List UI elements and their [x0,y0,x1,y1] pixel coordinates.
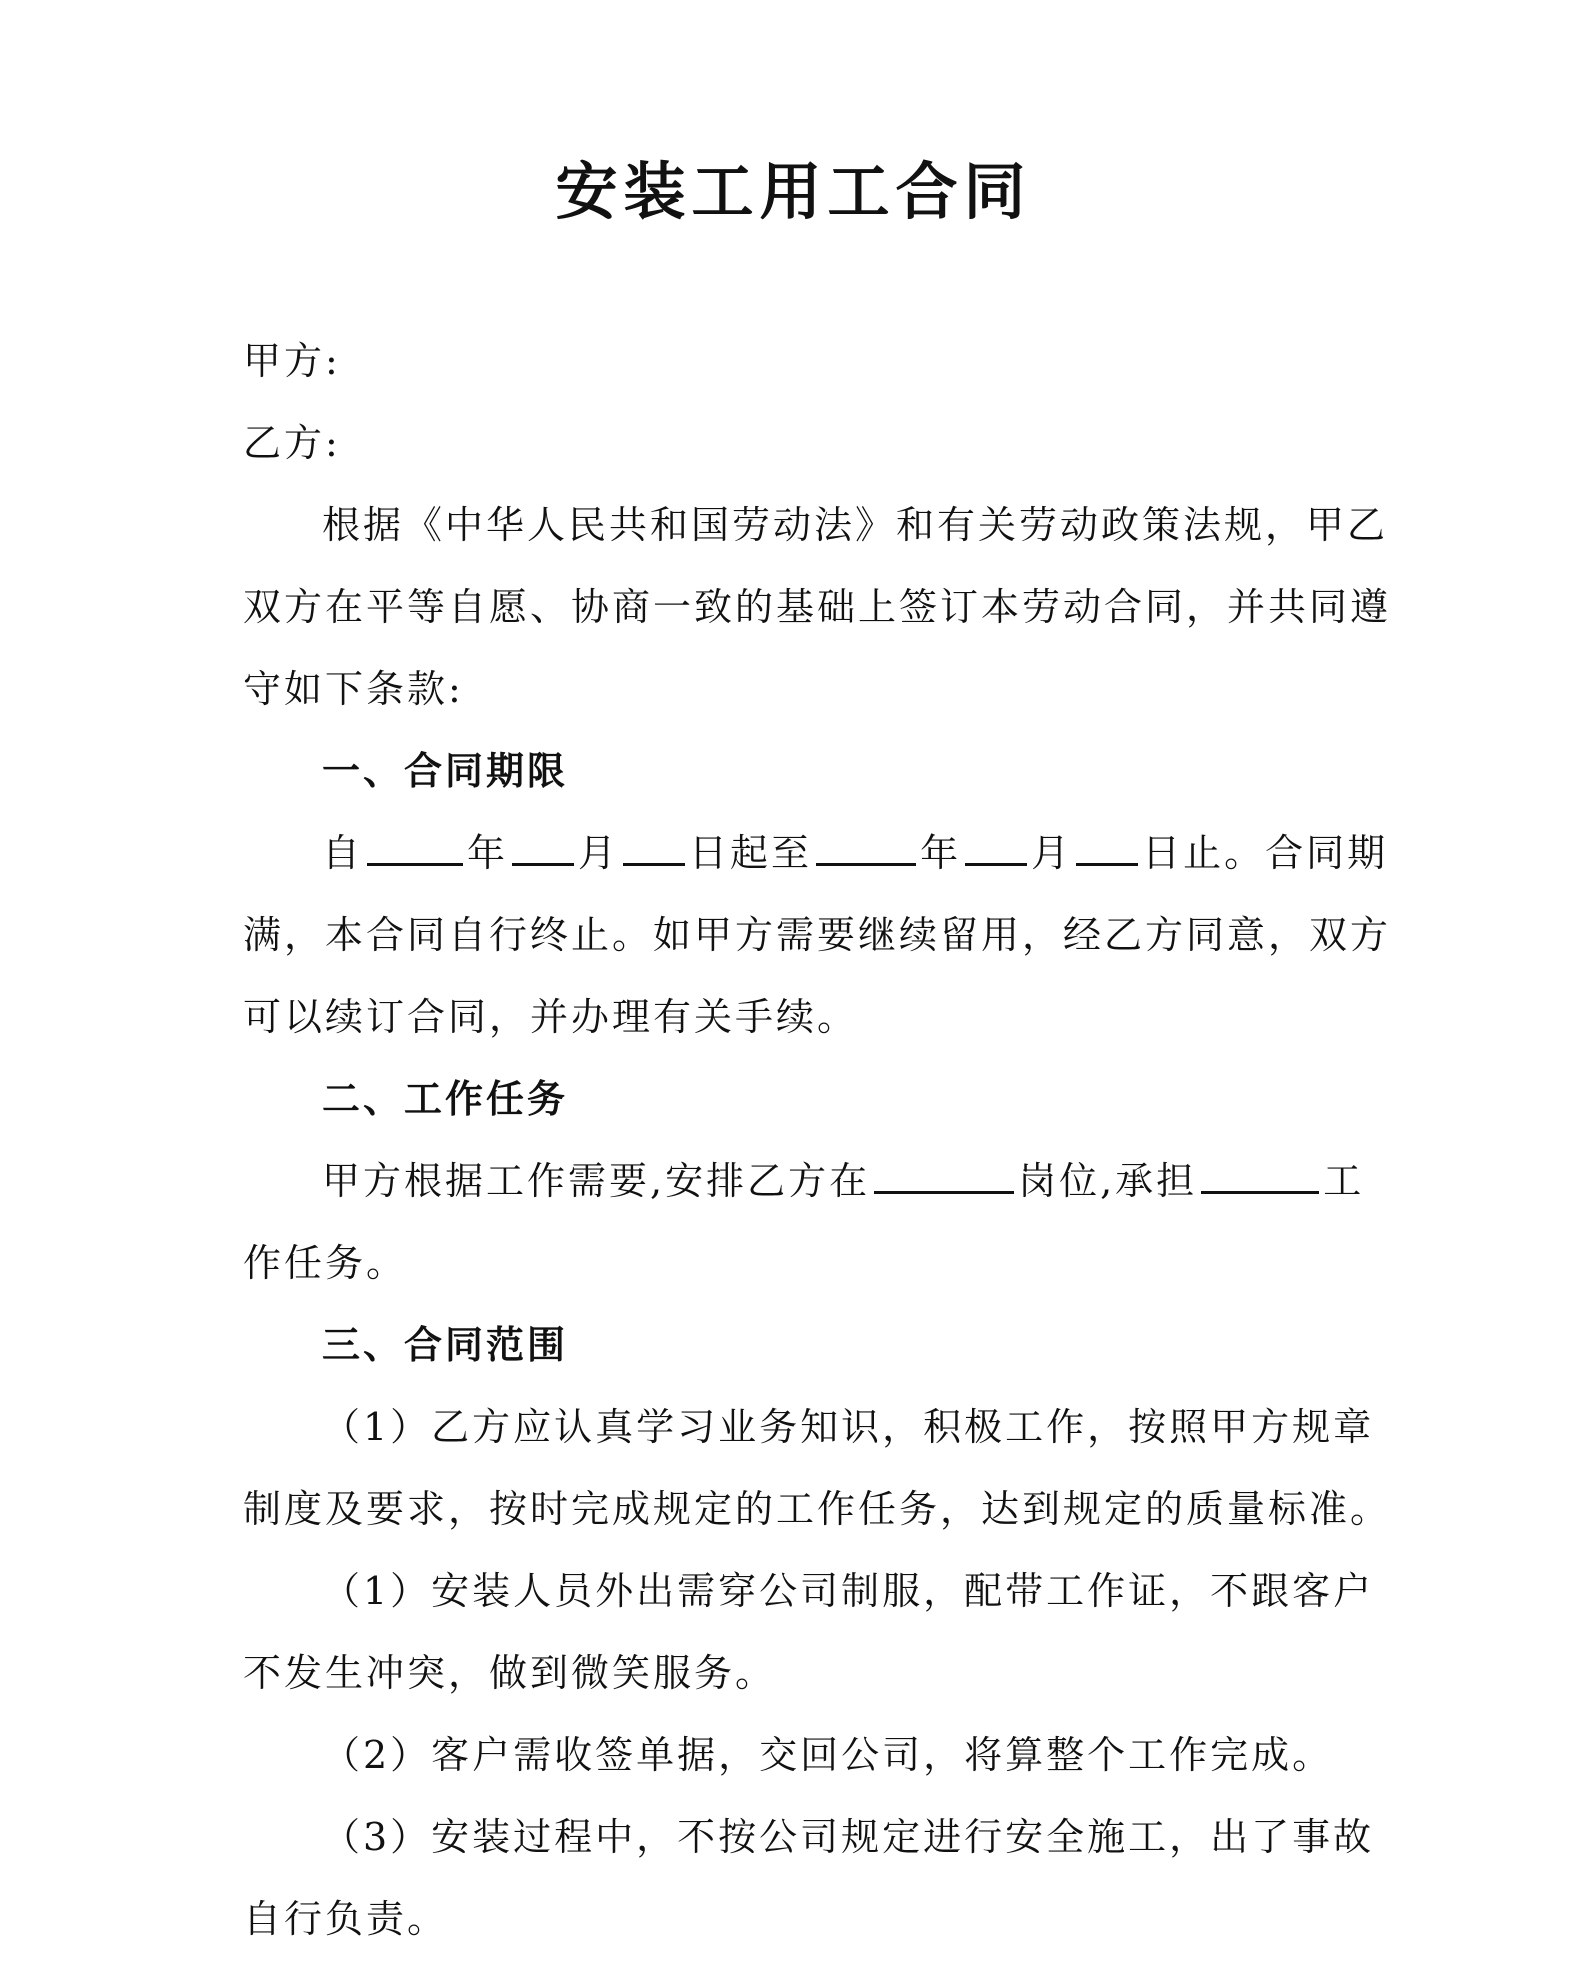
preamble-line-2: 双方在平等自愿、协商一致的基础上签订本劳动合同，并共同遵 [243,582,1343,632]
section-3-heading: 三、合同范围 [322,1320,1344,1370]
section-3-item-3-line-1: （2）客户需收签单据，交回公司，将算整个工作完成。 [322,1730,1344,1780]
start-day-blank[interactable] [623,829,685,866]
section-1-line-2: 满，本合同自行终止。如甲方需要继续留用，经乙方同意，双方 [243,910,1343,960]
term-month2-label: 月 [1031,831,1072,875]
term-year2-label: 年 [920,831,961,875]
term-month-label: 月 [578,831,619,875]
task-blank[interactable] [1201,1157,1319,1194]
party-b-label: 乙方: [243,418,1343,468]
section-2-line-2: 作任务。 [243,1238,1343,1288]
start-month-blank[interactable] [512,829,574,866]
end-month-blank[interactable] [965,829,1027,866]
start-year-blank[interactable] [367,829,463,866]
position-blank[interactable] [874,1157,1014,1194]
section-3-item-2-line-1: （1）安装人员外出需穿公司制服，配带工作证，不跟客户 [322,1566,1344,1616]
party-a-label: 甲方: [243,336,1343,386]
section-1-heading: 一、合同期限 [322,746,1344,796]
contract-term-line: 自年月日起至年月日止。合同期 [322,828,1344,878]
section-3-item-4-line-1: （3）安装过程中，不按公司规定进行安全施工，出了事故 [322,1812,1344,1862]
term-year-label: 年 [467,831,508,875]
section-3-item-4-line-2: 自行负责。 [243,1894,1343,1944]
task-part-1: 甲方根据工作需要,安排乙方在 [322,1159,870,1203]
task-part-3: 工 [1323,1159,1364,1203]
preamble-line-1: 根据《中华人民共和国劳动法》和有关劳动政策法规，甲乙 [322,500,1344,550]
end-day-blank[interactable] [1076,829,1138,866]
section-3-item-1-line-1: （1）乙方应认真学习业务知识，积极工作，按照甲方规章 [322,1402,1344,1452]
section-3-item-1-line-2: 制度及要求，按时完成规定的工作任务，达到规定的质量标准。 [243,1484,1343,1534]
task-part-2: 岗位,承担 [1018,1159,1197,1203]
section-2-heading: 二、工作任务 [322,1074,1344,1124]
preamble-line-3: 守如下条款: [243,664,1343,714]
document-title: 安装工用工合同 [0,152,1587,232]
term-day-label: 日起至 [689,831,812,875]
work-task-line: 甲方根据工作需要,安排乙方在岗位,承担工 [322,1156,1344,1206]
document-page: 安装工用工合同 甲方: 乙方: 根据《中华人民共和国劳动法》和有关劳动政策法规，… [0,0,1587,1962]
section-1-line-3: 可以续订合同，并办理有关手续。 [243,992,1343,1042]
end-year-blank[interactable] [816,829,916,866]
section-3-item-2-line-2: 不发生冲突，做到微笑服务。 [243,1648,1343,1698]
term-day2-label: 日止。合同期 [1142,831,1388,875]
term-from-label: 自 [322,831,363,875]
